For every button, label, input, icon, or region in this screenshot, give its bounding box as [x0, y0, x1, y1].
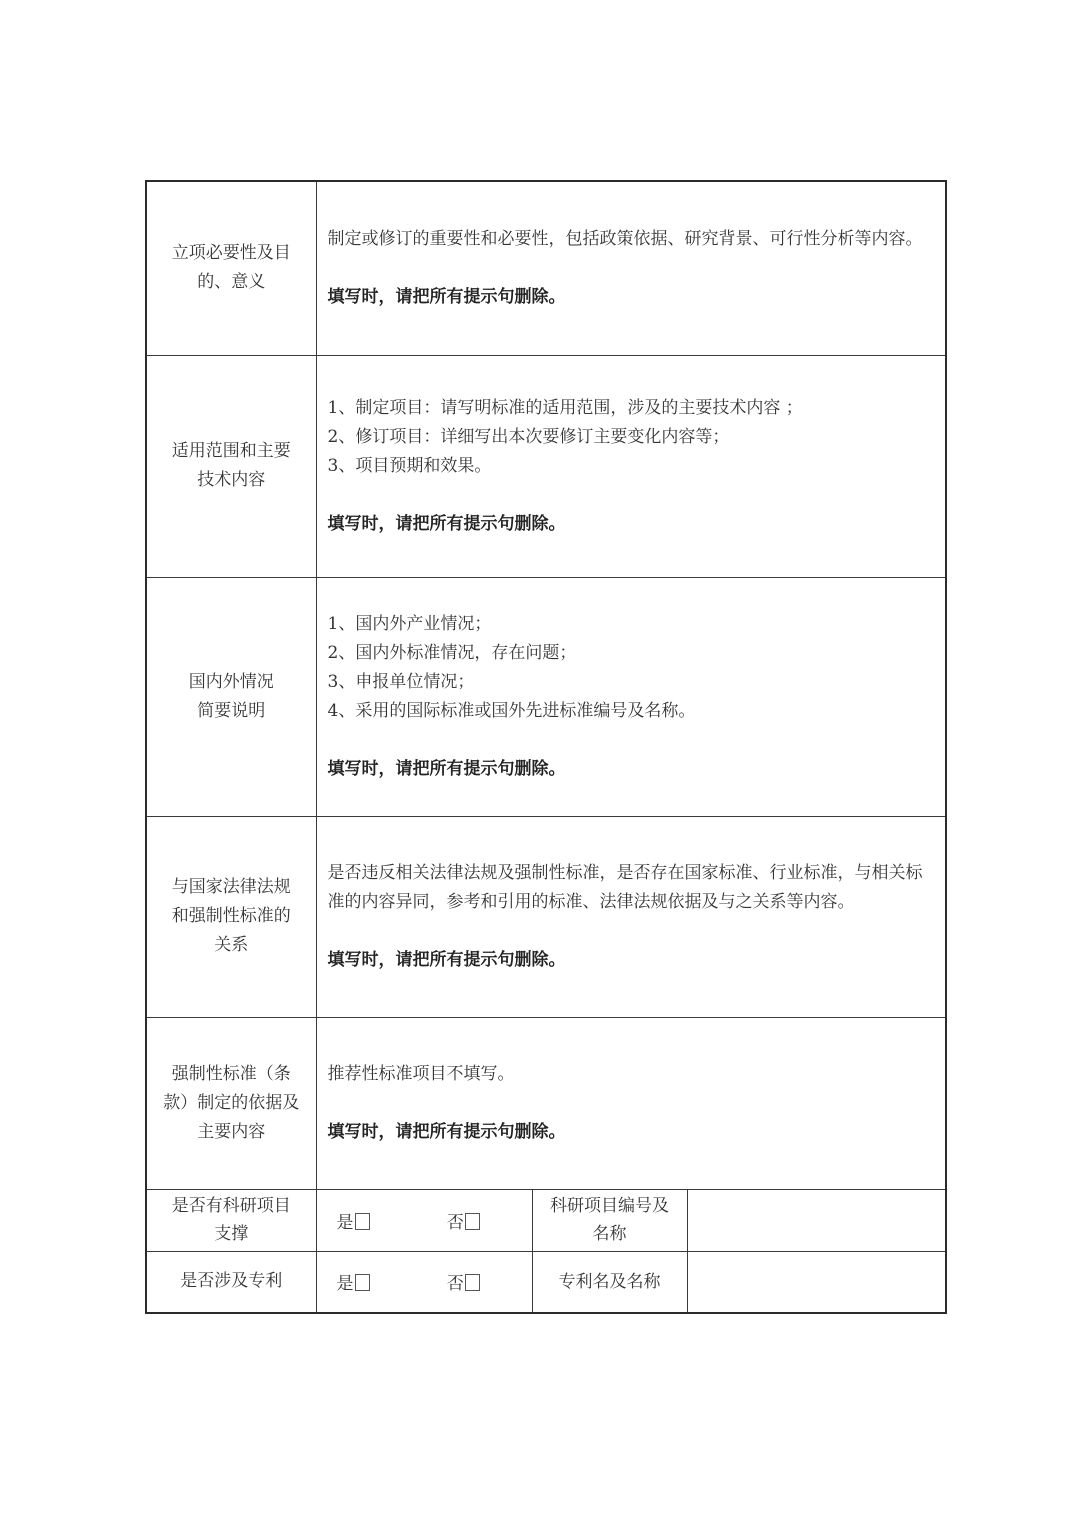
row-content-field[interactable]: 制定或修订的重要性和必要性，包括政策依据、研究背景、可行性分析等内容。 填写时，… — [316, 181, 946, 355]
patent-name-label: 专利名及名称 — [532, 1251, 687, 1313]
row-content-field[interactable]: 是否违反相关法律法规及强制性标准，是否存在国家标准、行业标准，与相关标准的内容异… — [316, 816, 946, 1017]
form-row-patent: 是否涉及专利 是 否 专利名及名称 — [146, 1251, 946, 1313]
no-checkbox[interactable] — [465, 1274, 480, 1291]
delete-hint-note: 填写时，请把所有提示句删除。 — [328, 946, 936, 975]
yes-checkbox[interactable] — [355, 1213, 370, 1230]
row-label: 是否涉及专利 — [146, 1251, 316, 1313]
yes-option[interactable]: 是 — [337, 1208, 370, 1233]
row-content-field[interactable]: 推荐性标准项目不填写。 填写时，请把所有提示句删除。 — [316, 1017, 946, 1189]
form-row-law-relation: 与国家法律法规 和强制性标准的 关系 是否违反相关法律法规及强制性标准，是否存在… — [146, 816, 946, 1017]
research-project-number-field[interactable] — [687, 1189, 946, 1251]
row-content-field[interactable]: 1、制定项目：请写明标准的适用范围，涉及的主要技术内容 ； 2、修订项目：详细写… — [316, 355, 946, 577]
row-label: 立项必要性及目 的、意义 — [146, 181, 316, 355]
no-checkbox[interactable] — [465, 1213, 480, 1230]
form-row-domestic-international: 国内外情况 简要说明 1、国内外产业情况； 2、国内外标准情况，存在问题； 3、… — [146, 577, 946, 816]
form-row-mandatory-basis: 强制性标准（条 款）制定的依据及 主要内容 推荐性标准项目不填写。 填写时，请把… — [146, 1017, 946, 1189]
form-row-research-support: 是否有科研项目 支撑 是 否 科研项目编号及 名称 — [146, 1189, 946, 1251]
no-option[interactable]: 否 — [447, 1208, 480, 1233]
form-row-necessity: 立项必要性及目 的、意义 制定或修订的重要性和必要性，包括政策依据、研究背景、可… — [146, 181, 946, 355]
row-label: 与国家法律法规 和强制性标准的 关系 — [146, 816, 316, 1017]
row-content-field[interactable]: 1、国内外产业情况； 2、国内外标准情况，存在问题； 3、申报单位情况； 4、采… — [316, 577, 946, 816]
yes-checkbox[interactable] — [355, 1274, 370, 1291]
row-label: 适用范围和主要 技术内容 — [146, 355, 316, 577]
yes-no-choice: 是 否 — [316, 1251, 532, 1313]
project-application-form: 立项必要性及目 的、意义 制定或修订的重要性和必要性，包括政策依据、研究背景、可… — [145, 180, 947, 1314]
delete-hint-note: 填写时，请把所有提示句删除。 — [328, 1118, 936, 1147]
delete-hint-note: 填写时，请把所有提示句删除。 — [328, 755, 936, 784]
delete-hint-note: 填写时，请把所有提示句删除。 — [328, 510, 936, 539]
no-option[interactable]: 否 — [447, 1269, 480, 1294]
delete-hint-note: 填写时，请把所有提示句删除。 — [328, 283, 936, 312]
yes-option[interactable]: 是 — [337, 1269, 370, 1294]
research-project-number-label: 科研项目编号及 名称 — [532, 1189, 687, 1251]
row-label: 强制性标准（条 款）制定的依据及 主要内容 — [146, 1017, 316, 1189]
yes-no-choice: 是 否 — [316, 1189, 532, 1251]
row-label: 国内外情况 简要说明 — [146, 577, 316, 816]
form-row-scope: 适用范围和主要 技术内容 1、制定项目：请写明标准的适用范围，涉及的主要技术内容… — [146, 355, 946, 577]
patent-name-field[interactable] — [687, 1251, 946, 1313]
row-label: 是否有科研项目 支撑 — [146, 1189, 316, 1251]
